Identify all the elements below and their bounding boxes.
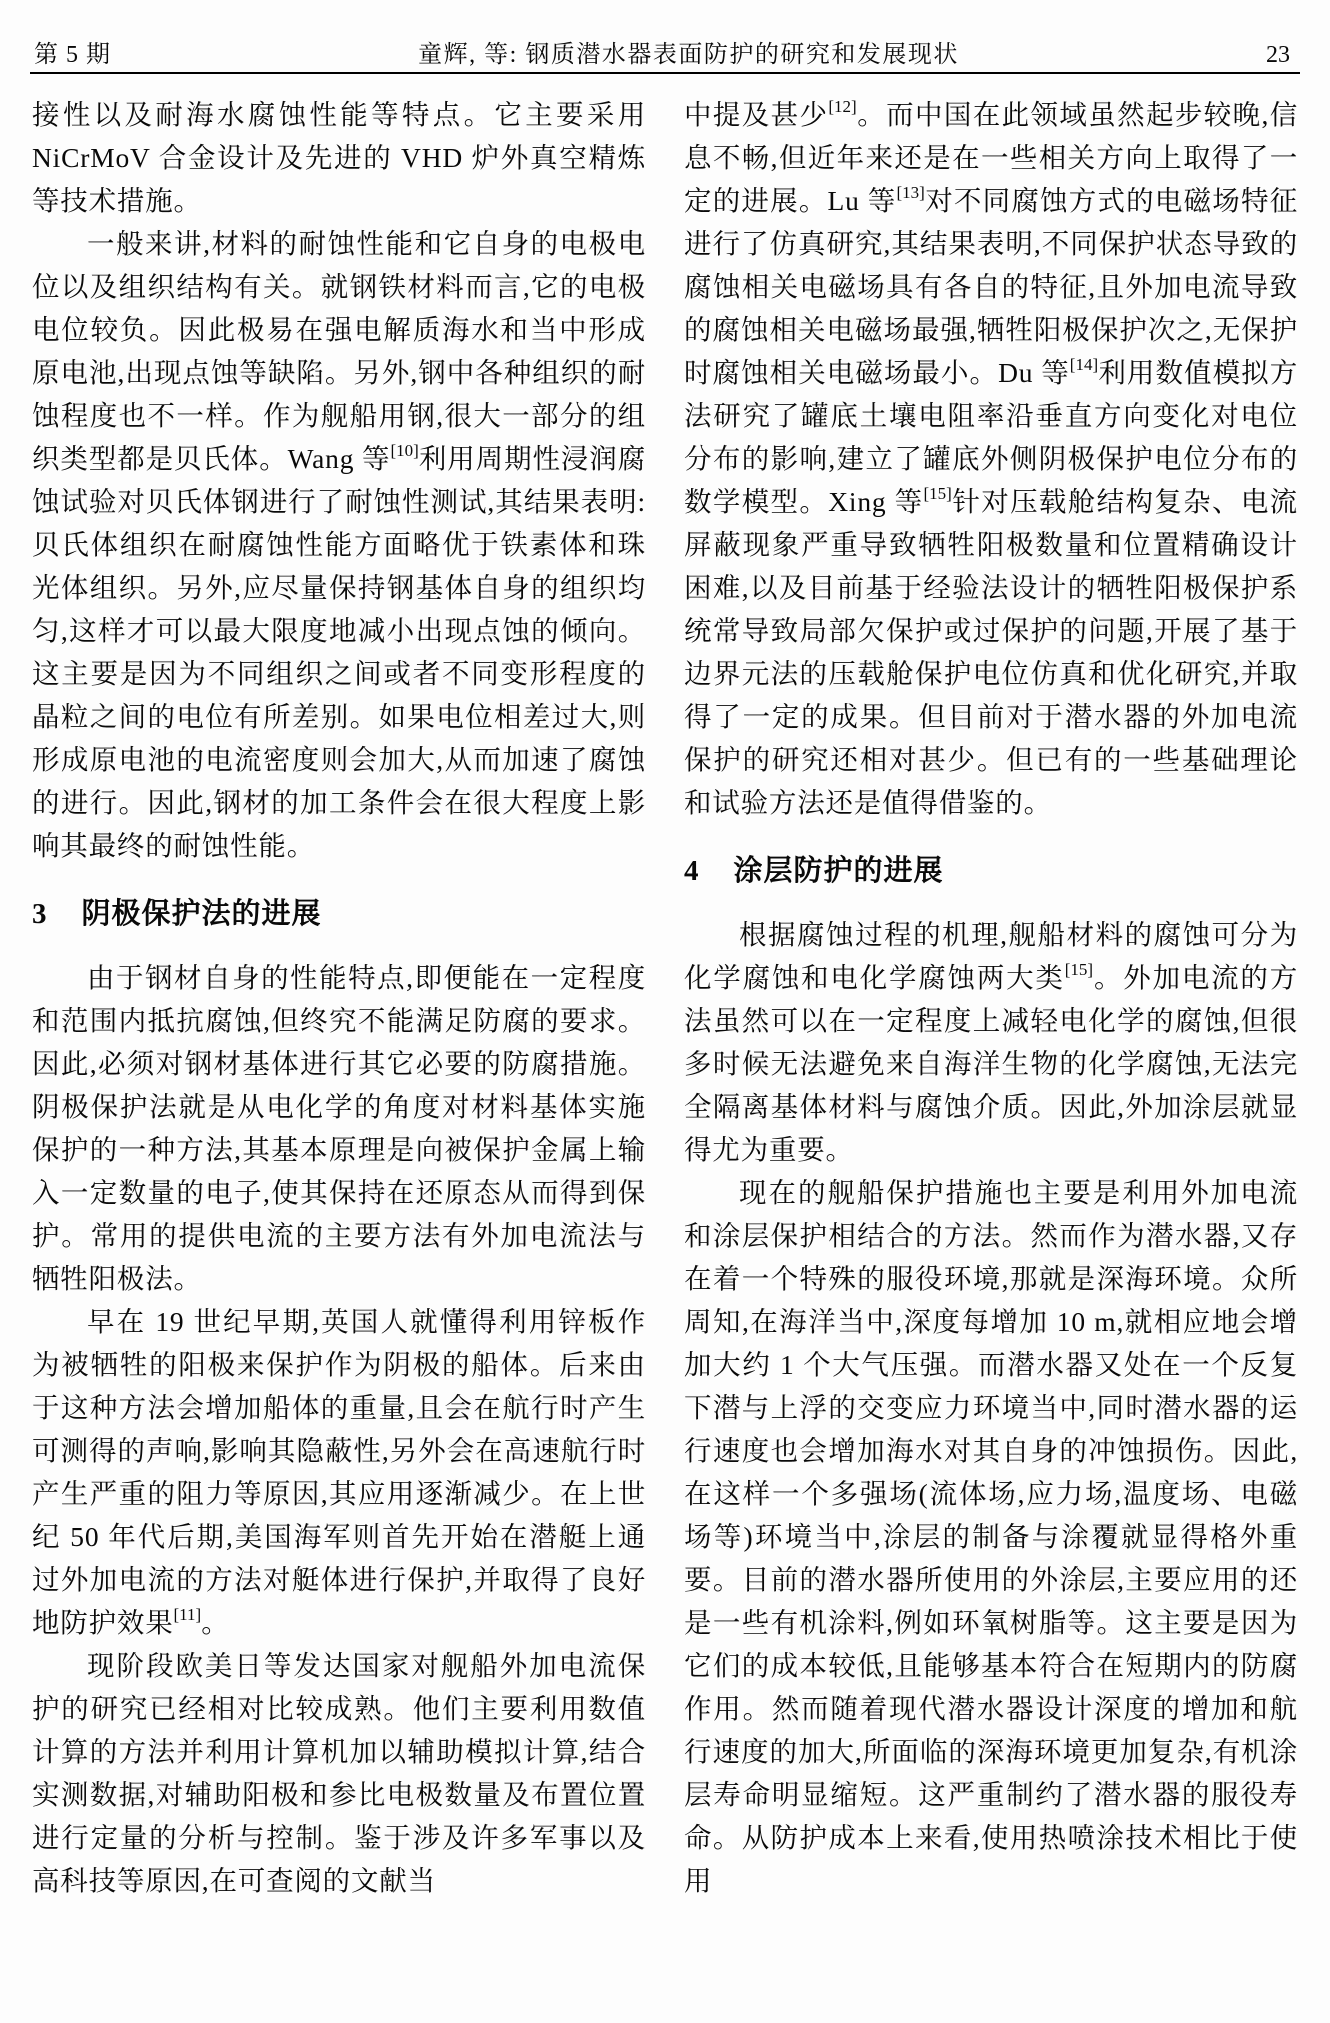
running-header: 第 5 期 童辉, 等: 钢质潜水器表面防护的研究和发展现状 23 — [34, 30, 1296, 70]
citation-reference: [10] — [390, 441, 418, 460]
left-column: 接性以及耐海水腐蚀性能等特点。它主要采用 NiCrMoV 合金设计及先进的 VH… — [32, 93, 646, 1902]
citation-reference: [13] — [896, 183, 924, 202]
citation-reference: [14] — [1070, 355, 1098, 374]
header-rule — [30, 72, 1300, 74]
paragraph: 接性以及耐海水腐蚀性能等特点。它主要采用 NiCrMoV 合金设计及先进的 VH… — [32, 93, 646, 222]
paragraph: 中提及甚少[12]。而中国在此领域虽然起步较晚,信息不畅,但近年来还是在一些相关… — [684, 93, 1298, 824]
paragraph: 由于钢材自身的性能特点,即便能在一定程度和范围内抵抗腐蚀,但终究不能满足防腐的要… — [32, 956, 646, 1300]
running-title: 童辉, 等: 钢质潜水器表面防护的研究和发展现状 — [111, 40, 1266, 70]
citation-reference: [15] — [924, 484, 952, 503]
citation-reference: [15] — [1065, 960, 1093, 979]
citation-reference: [11] — [174, 1605, 202, 1624]
paragraph: 一般来讲,材料的耐蚀性能和它自身的电极电位以及组织结构有关。就钢铁材料而言,它的… — [32, 222, 646, 867]
paragraph: 根据腐蚀过程的机理,舰船材料的腐蚀可分为化学腐蚀和电化学腐蚀两大类[15]。外加… — [684, 913, 1298, 1171]
issue-label: 第 5 期 — [34, 40, 111, 70]
section-heading: 3阴极保护法的进展 — [32, 893, 646, 936]
section-heading: 4涂层防护的进展 — [684, 850, 1298, 893]
citation-reference: [12] — [828, 97, 856, 116]
journal-page: 第 5 期 童辉, 等: 钢质潜水器表面防护的研究和发展现状 23 接性以及耐海… — [0, 0, 1330, 2023]
section-title: 阴极保护法的进展 — [82, 898, 322, 930]
section-title: 涂层防护的进展 — [734, 855, 944, 887]
section-number: 3 — [32, 893, 48, 936]
paragraph: 现阶段欧美日等发达国家对舰船外加电流保护的研究已经相对比较成熟。他们主要利用数值… — [32, 1644, 646, 1902]
right-column: 中提及甚少[12]。而中国在此领域虽然起步较晚,信息不畅,但近年来还是在一些相关… — [684, 93, 1298, 1902]
page-number: 23 — [1266, 40, 1296, 70]
paragraph: 早在 19 世纪早期,英国人就懂得利用锌板作为被牺牲的阳极来保护作为阴极的船体。… — [32, 1300, 646, 1644]
paragraph: 现在的舰船保护措施也主要是利用外加电流和涂层保护相结合的方法。然而作为潜水器,又… — [684, 1171, 1298, 1902]
section-number: 4 — [684, 850, 700, 893]
